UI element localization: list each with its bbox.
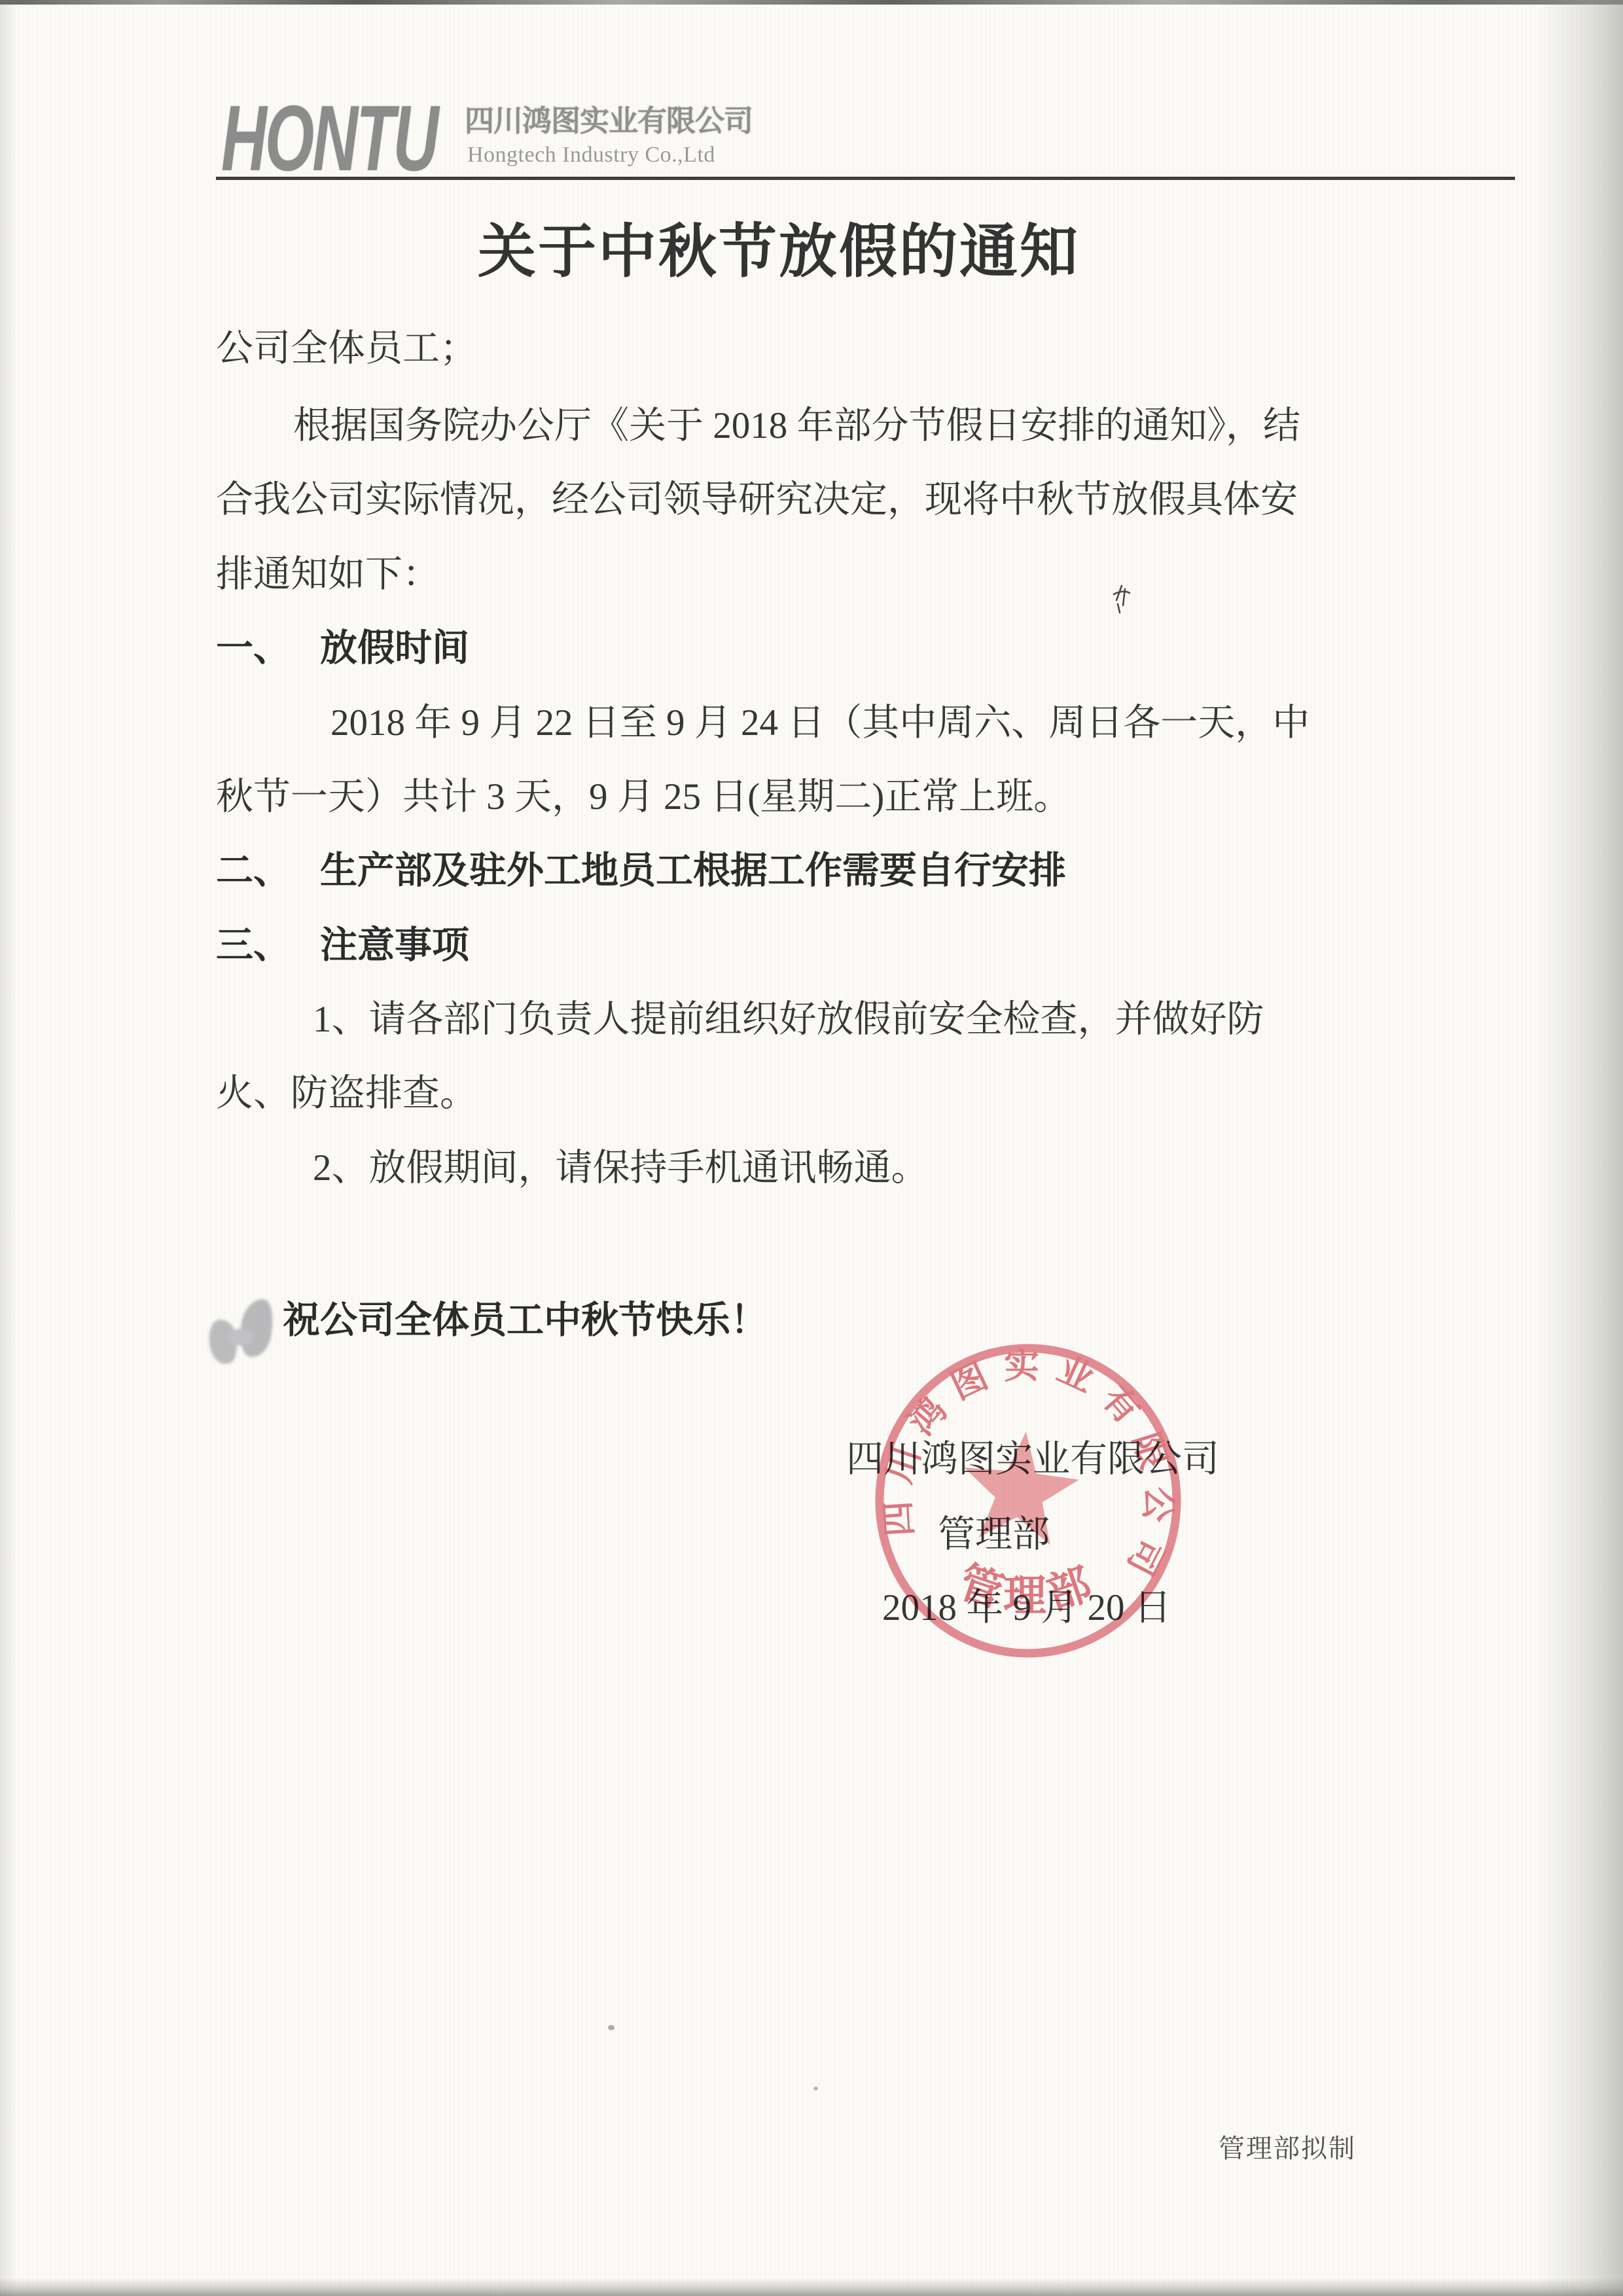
company-logo-wordmark: HONTU [221,92,437,185]
section-2-number: 二、 [216,850,291,891]
intro-line-1: 根据国务院办公厅《关于 2018 年部分节假日安排的通知》，结 [293,404,1300,448]
note-2-line: 2、放假期间，请保持手机通讯畅通。 [313,1147,929,1190]
holiday-line-1: 2018 年 9 月 22 日至 9 月 24 日（其中周六、周日各一天，中 [330,702,1310,745]
holiday-line-2: 秋节一天）共计 3 天，9 月 25 日(星期二)正常上班。 [216,776,1071,819]
section-2-title: 生产部及驻外工地员工根据工作需要自行安排 [320,850,1066,891]
scan-edge-right [1538,0,1623,2296]
scan-edge-top [0,0,1623,5]
letterhead-divider [216,177,1515,180]
ink-smudge-artifact [208,1295,280,1372]
seal-bottom-label: 管理部 [953,1558,1104,1621]
company-seal-stamp: 四川鸿图实业有限公司 管理部 [858,1331,1198,1671]
section-1-title: 放假时间 [320,628,469,669]
intro-line-2: 合我公司实际情况，经公司领导研究决定，现将中秋节放假具体安 [216,478,1298,522]
logo-company-name-cn: 四川鸿图实业有限公司 [465,105,753,139]
smudge-right-lobe [236,1297,277,1360]
salutation-line: 公司全体员工； [216,327,477,370]
scanned-notice-page: HONTU 四川鸿图实业有限公司 Hongtech Industry Co.,L… [0,0,1623,2296]
smudge-bridge [228,1329,254,1346]
wish-line: 祝公司全体员工中秋节快乐！ [283,1299,768,1342]
scan-edge-bottom [0,2278,1623,2296]
logo-company-name-en: Hongtech Industry Co.,Ltd [467,143,715,167]
footer-drafted-by: 管理部拟制 [1219,2134,1356,2164]
section-3-title: 注意事项 [320,925,469,966]
ink-squiggle-artifact [1111,584,1132,615]
section-3-heading: 三、注意事项 [216,924,469,967]
scan-edge-left [0,0,17,2296]
intro-line-3: 排通知如下： [216,553,440,596]
notice-title: 关于中秋节放假的通知 [0,223,1558,283]
seal-star-icon [957,1426,1083,1547]
note-1-line-1: 1、请各部门负责人提前组织好放假前安全检查，并做好防 [313,998,1264,1041]
section-3-number: 三、 [216,925,291,966]
speck-artifact-2 [813,2087,818,2090]
section-1-heading: 一、放假时间 [216,627,469,670]
note-1-line-2: 火、防盗排查。 [216,1072,477,1115]
section-1-number: 一、 [216,628,291,669]
speck-artifact-1 [608,2025,615,2030]
svg-text:管理部: 管理部 [953,1558,1104,1621]
section-2-heading: 二、生产部及驻外工地员工根据工作需要自行安排 [216,850,1066,893]
